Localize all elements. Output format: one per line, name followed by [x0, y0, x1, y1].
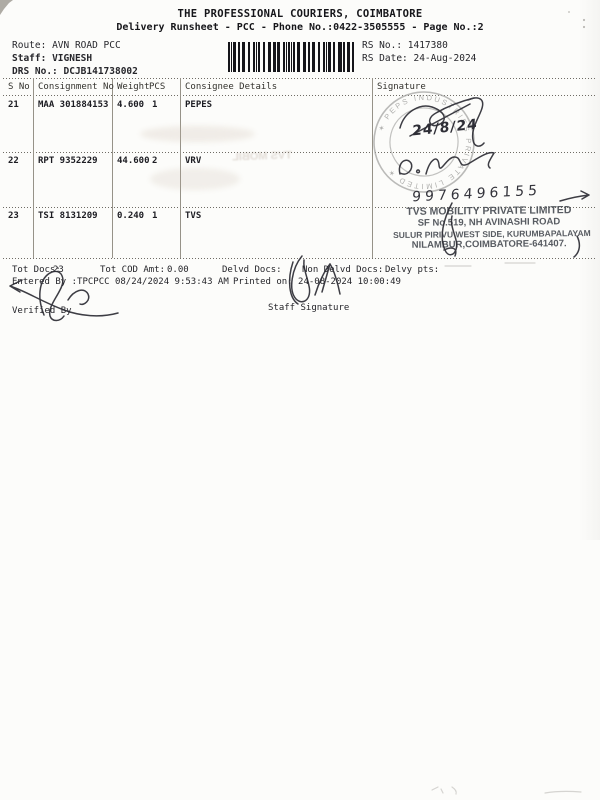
header-consignment-no: Consignment No [38, 82, 114, 92]
dotted-divider [3, 258, 597, 259]
rs-no: RS No.: 1417380 [362, 40, 448, 51]
header-weight: Weight [117, 82, 150, 92]
svg-text:✶ PEPS INDUSTRIES PRIVATE LIMI: ✶ PEPS INDUSTRIES PRIVATE LIMITED ✶ [364, 82, 483, 201]
drs-label: DRS No.: [12, 66, 58, 77]
dotted-divider [3, 95, 597, 96]
header-signature: Signature [377, 82, 426, 92]
handwritten-phone-number: 9976496155 [412, 183, 542, 206]
header-pcs: PCS [149, 82, 165, 92]
tot-docs-value: 23 [53, 265, 64, 275]
cell-consignee: PEPES [185, 100, 212, 110]
header-s-no: S No [8, 82, 30, 92]
cell-pcs: 1 [152, 211, 157, 221]
handwritten-date: 24/8/24 [412, 116, 478, 139]
column-divider [33, 78, 34, 258]
tvs-stamp-line: NILAMBUR,COIMBATORE-641407. [393, 238, 585, 251]
tot-cod-value: 0.00 [167, 265, 189, 275]
printed-on-line: Printed on: 24-08-2024 10:00:49 [233, 277, 401, 287]
route-line: Route: AVN ROAD PCC [12, 40, 121, 51]
page-subtitle: Delivery Runsheet - PCC - Phone No.:0422… [0, 22, 600, 33]
staff-signature-label: Staff Signature [268, 303, 349, 313]
delvy-pts-label: Delvy pts: [385, 265, 439, 275]
non-delvd-docs-label: Non Delvd Docs: [302, 265, 383, 275]
cell-consignment-no: MAA 301884153 [38, 100, 108, 110]
staff-line: Staff: VIGNESH [12, 53, 92, 64]
scan-bleed-smudge [140, 126, 255, 142]
cell-pcs: 1 [152, 100, 157, 110]
column-divider [372, 78, 373, 258]
route-value: AVN ROAD PCC [52, 40, 121, 51]
delvd-docs-label: Delvd Docs: [222, 265, 282, 275]
cell-s-no: 22 [8, 156, 19, 166]
column-divider [112, 78, 113, 258]
drs-line: DRS No.: DCJB141738002 [12, 66, 138, 77]
dotted-divider [3, 78, 597, 79]
cell-consignment-no: TSI 8131209 [38, 211, 98, 221]
cell-weight: 4.600 [117, 100, 144, 110]
cell-s-no: 23 [8, 211, 19, 221]
entered-by-line: Entered By :TPCPCC 08/24/2024 9:53:43 AM [12, 277, 229, 287]
tot-cod-label: Tot COD Amt: [100, 265, 165, 275]
dotted-divider [3, 152, 597, 153]
tvs-stamp: TVS MOBILITY PRIVATE LIMITED SF No.519, … [393, 204, 585, 251]
cell-consignee: TVS [185, 211, 201, 221]
handwritten-ink-strokes [0, 0, 600, 800]
route-label: Route: [12, 40, 46, 51]
header-consignee-details: Consignee Details [185, 82, 277, 92]
cell-weight: 0.240 [117, 211, 144, 221]
page-title: THE PROFESSIONAL COURIERS, COIMBATORE [0, 8, 600, 20]
staff-label: Staff: [12, 53, 46, 64]
cell-s-no: 21 [8, 100, 19, 110]
scan-shading [578, 0, 600, 540]
staff-value: VIGNESH [52, 53, 92, 64]
barcode [228, 42, 354, 72]
peps-round-stamp: ✶ PEPS INDUSTRIES PRIVATE LIMITED ✶ [0, 0, 600, 800]
scan-bleed-smudge [150, 168, 240, 190]
cell-consignment-no: RPT 9352229 [38, 156, 98, 166]
rs-date: RS Date: 24-Aug-2024 [362, 53, 476, 64]
delivery-runsheet-scan: THE PROFESSIONAL COURIERS, COIMBATORE De… [0, 0, 600, 800]
verified-by-label: Verified By [12, 306, 72, 316]
drs-value: DCJB141738002 [64, 66, 138, 77]
